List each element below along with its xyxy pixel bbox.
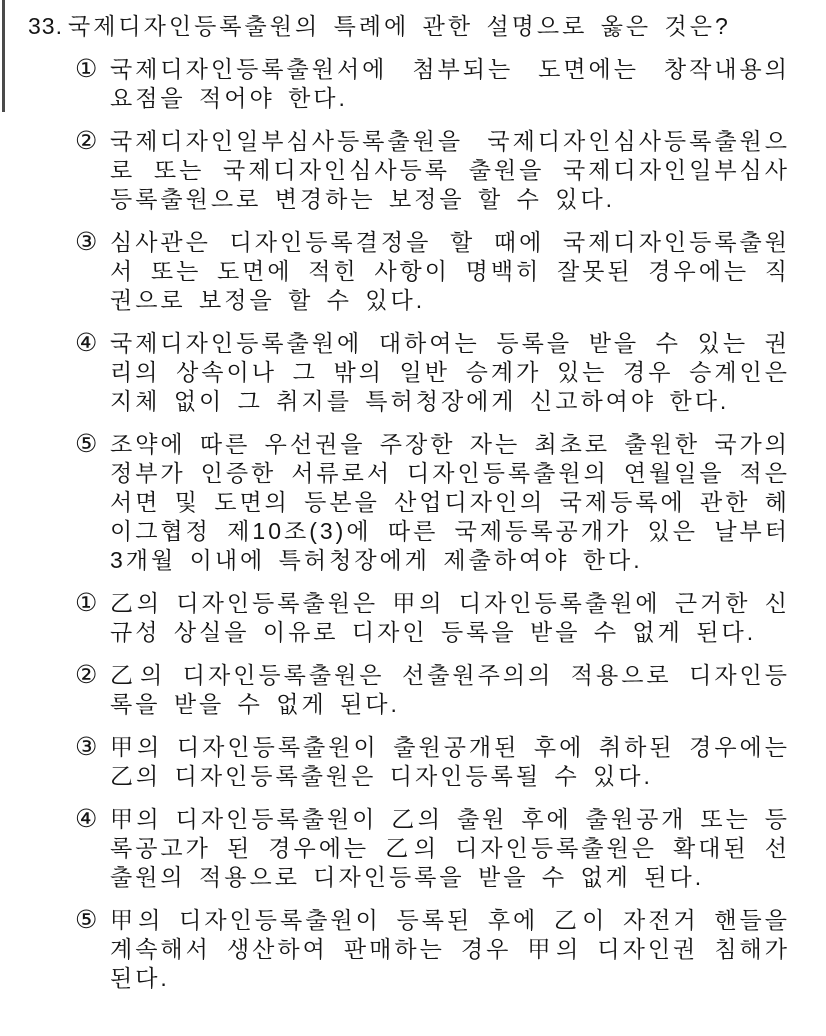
- option-item-5: ⑤ 조약에 따른 우선권을 주장한 자는 최초로 출원한 국가의 정부가 인증한…: [75, 430, 790, 575]
- option-text: 乙의 디자인등록출원은 선출원주의의 적용으로 디자인등록을 받을 수 없게 된…: [110, 661, 790, 719]
- question-title: 국제디자인등록출원의 특례에 관한 설명으로 옳은 것은?: [68, 12, 792, 41]
- option-text: 심사관은 디자인등록결정을 할 때에 국제디자인등록출원서 또는 도면에 적힌 …: [110, 228, 790, 315]
- options-set-1: ① 국제디자인등록출원서에 첨부되는 도면에는 창작내용의 요점을 적어야 한다…: [0, 55, 826, 575]
- option-marker: ①: [75, 589, 110, 618]
- column-divider: [2, 0, 5, 112]
- option-text: 甲의 디자인등록출원이 출원공개된 후에 취하된 경우에는 乙의 디자인등록출원…: [110, 733, 790, 791]
- option-marker: ④: [75, 805, 110, 834]
- option-item-3: ③ 甲의 디자인등록출원이 출원공개된 후에 취하된 경우에는 乙의 디자인등록…: [75, 733, 790, 791]
- option-text: 甲의 디자인등록출원이 乙의 출원 후에 출원공개 또는 등록공고가 된 경우에…: [110, 805, 790, 892]
- option-text: 조약에 따른 우선권을 주장한 자는 최초로 출원한 국가의 정부가 인증한 서…: [110, 430, 790, 575]
- option-marker: ②: [75, 661, 110, 690]
- option-text: 乙의 디자인등록출원은 甲의 디자인등록출원에 근거한 신규성 상실을 이유로 …: [110, 589, 790, 647]
- question-number: 33.: [28, 12, 68, 41]
- option-item-4: ④ 국제디자인등록출원에 대하여는 등록을 받을 수 있는 권리의 상속이나 그…: [75, 329, 790, 416]
- option-text: 국제디자인일부심사등록출원을 국제디자인심사등록출원으로 또는 국제디자인심사등…: [110, 127, 790, 214]
- exam-page: 33. 국제디자인등록출원의 특례에 관한 설명으로 옳은 것은? ① 국제디자…: [0, 0, 826, 1036]
- option-item-5: ⑤ 甲의 디자인등록출원이 등록된 후에 乙이 자전거 핸들을 계속해서 생산하…: [75, 906, 790, 993]
- option-item-3: ③ 심사관은 디자인등록결정을 할 때에 국제디자인등록출원서 또는 도면에 적…: [75, 228, 790, 315]
- option-marker: ⑤: [75, 906, 110, 935]
- option-marker: ③: [75, 733, 110, 762]
- option-text: 국제디자인등록출원서에 첨부되는 도면에는 창작내용의 요점을 적어야 한다.: [110, 55, 790, 113]
- option-item-2: ② 乙의 디자인등록출원은 선출원주의의 적용으로 디자인등록을 받을 수 없게…: [75, 661, 790, 719]
- option-marker: ③: [75, 228, 110, 257]
- option-marker: ②: [75, 127, 110, 156]
- option-text: 甲의 디자인등록출원이 등록된 후에 乙이 자전거 핸들을 계속해서 생산하여 …: [110, 906, 790, 993]
- option-item-2: ② 국제디자인일부심사등록출원을 국제디자인심사등록출원으로 또는 국제디자인심…: [75, 127, 790, 214]
- question-header: 33. 국제디자인등록출원의 특례에 관한 설명으로 옳은 것은?: [0, 12, 826, 41]
- option-marker: ⑤: [75, 430, 110, 459]
- option-marker: ①: [75, 55, 110, 84]
- options-set-2: ① 乙의 디자인등록출원은 甲의 디자인등록출원에 근거한 신규성 상실을 이유…: [0, 589, 826, 993]
- option-item-1: ① 국제디자인등록출원서에 첨부되는 도면에는 창작내용의 요점을 적어야 한다…: [75, 55, 790, 113]
- option-item-4: ④ 甲의 디자인등록출원이 乙의 출원 후에 출원공개 또는 등록공고가 된 경…: [75, 805, 790, 892]
- option-item-1: ① 乙의 디자인등록출원은 甲의 디자인등록출원에 근거한 신규성 상실을 이유…: [75, 589, 790, 647]
- option-marker: ④: [75, 329, 110, 358]
- option-text: 국제디자인등록출원에 대하여는 등록을 받을 수 있는 권리의 상속이나 그 밖…: [110, 329, 790, 416]
